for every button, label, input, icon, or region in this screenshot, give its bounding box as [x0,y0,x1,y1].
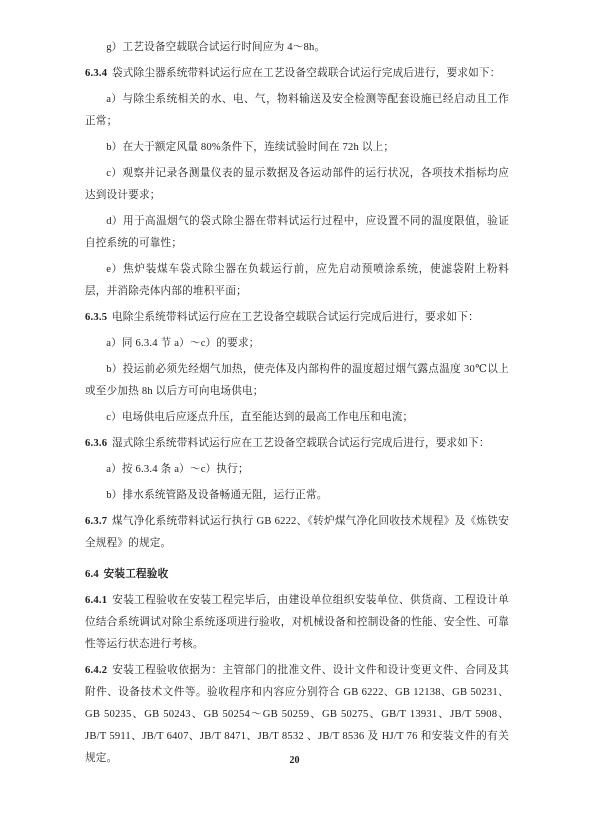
clause-number: 6.3.7 [85,516,107,527]
clause-6-4-1: 6.4.1安装工程验收在安装工程完毕后，由建设单位组织安装单位、供货商、工程设计… [85,590,509,656]
list-item-g: g）工艺设备空载联合试运行时间应为 4～8h。 [85,37,509,59]
clause-text: 湿式除尘系统带料试运行应在工艺设备空载联合试运行完成后进行，要求如下： [112,438,490,449]
clause-6-3-7: 6.3.7煤气净化系统带料试运行执行 GB 6222、《转炉煤气净化回收技术规程… [85,511,509,555]
clause-6-3-5: 6.3.5电除尘系统带料试运行应在工艺设备空载联合试运行完成后进行，要求如下： [85,307,509,329]
clause-6-3-4-item-b: b）在大于额定风量 80%条件下，连续试验时间在 72h 以上； [85,137,509,159]
clause-number: 6.3.5 [85,312,107,323]
clause-number: 6.3.6 [85,438,107,449]
clause-6-3-5-item-c: c）电场供电后应逐点升压，直至能达到的最高工作电压和电流； [85,407,509,429]
section-title: 安装工程验收 [104,569,169,580]
clause-6-3-6-item-a: a）按 6.3.4 条 a）～c）执行； [85,459,509,481]
clause-6-3-6: 6.3.6湿式除尘系统带料试运行应在工艺设备空载联合试运行完成后进行，要求如下： [85,433,509,455]
section-heading-6-4: 6.4安装工程验收 [85,564,509,586]
clause-text: 袋式除尘器系统带料试运行应在工艺设备空载联合试运行完成后进行，要求如下： [112,68,501,79]
clause-6-3-5-item-b: b）投运前必须先经烟气加热，使壳体及内部构件的温度超过烟气露点温度 30℃以上或… [85,359,509,403]
clause-number: 6.4.1 [85,595,107,606]
page-number: 20 [0,755,589,766]
clause-6-3-4-item-a: a）与除尘系统相关的水、电、气，物料输送及安全检测等配套设施已经启动且工作正常； [85,89,509,133]
document-content: g）工艺设备空载联合试运行时间应为 4～8h。 6.3.4袋式除尘器系统带料试运… [85,37,509,774]
clause-text: 煤气净化系统带料试运行执行 GB 6222、《转炉煤气净化回收技术规程》及《炼铁… [85,516,509,549]
section-number: 6.4 [85,569,99,580]
clause-6-4-2: 6.4.2安装工程验收依据为：主管部门的批准文件、设计文件和设计变更文件、合同及… [85,660,509,770]
clause-text: 安装工程验收依据为：主管部门的批准文件、设计文件和设计变更文件、合同及其附件、设… [85,665,509,764]
clause-6-3-4-item-d: d）用于高温烟气的袋式除尘器在带料试运行过程中，应设置不同的温度限值，验证自控系… [85,211,509,255]
clause-number: 6.3.4 [85,68,107,79]
clause-6-3-4-item-e: e）焦炉装煤车袋式除尘器在负载运行前，应先启动预喷涂系统，使滤袋附上粉料层，并消… [85,259,509,303]
document-page: g）工艺设备空载联合试运行时间应为 4～8h。 6.3.4袋式除尘器系统带料试运… [0,0,589,818]
clause-number: 6.4.2 [85,665,107,676]
clause-6-3-5-item-a: a）同 6.3.4 节 a）～c）的要求； [85,333,509,355]
clause-6-3-4-item-c: c）观察并记录各测量仪表的显示数据及各运动部件的运行状况，各项技术指标均应达到设… [85,163,509,207]
clause-text: 安装工程验收在安装工程完毕后，由建设单位组织安装单位、供货商、工程设计单位结合系… [85,595,509,650]
clause-text: 电除尘系统带料试运行应在工艺设备空载联合试运行完成后进行，要求如下： [112,312,479,323]
clause-6-3-4: 6.3.4袋式除尘器系统带料试运行应在工艺设备空载联合试运行完成后进行，要求如下… [85,63,509,85]
clause-6-3-6-item-b: b）排水系统管路及设备畅通无阻，运行正常。 [85,485,509,507]
